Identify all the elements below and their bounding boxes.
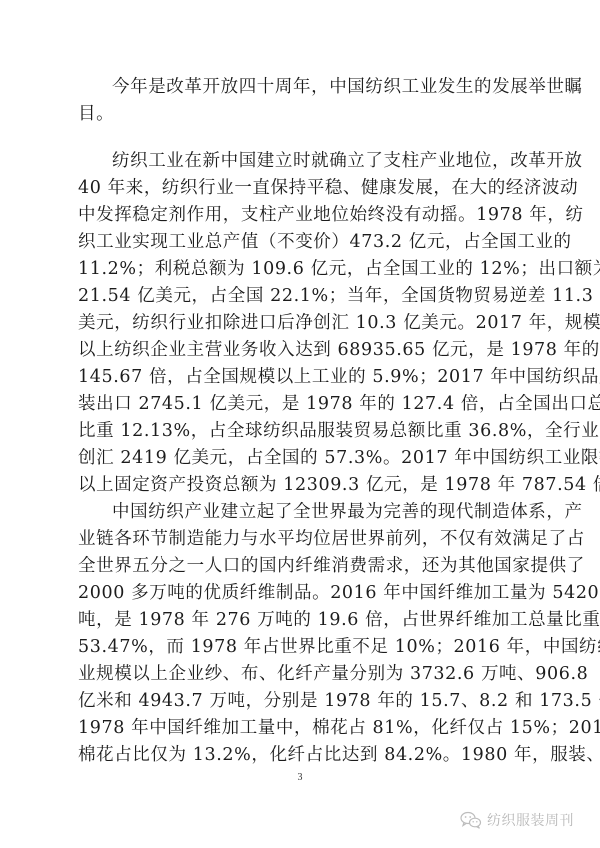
- paragraph-3: 中国纺织产业建立起了全世界最为完善的现代制造体系，产 业链各环节制造能力与水平均…: [78, 499, 522, 769]
- text-line: 亿米和 4943.7 万吨，分别是 1978 年的 15.7、8.2 和 173…: [78, 688, 522, 715]
- watermark: 纺织服装周刊: [460, 808, 574, 832]
- document-page: 今年是改革开放四十周年，中国纺织工业发生的发展举世瞩 目。 纺织工业在新中国建立…: [0, 0, 600, 848]
- text-line: 以上固定资产投资总额为 12309.3 亿元，是 1978 年 787.54 倍…: [78, 472, 522, 499]
- text-line: 美元，纺织行业扣除进口后净创汇 10.3 亿美元。2017 年，规模: [78, 310, 522, 337]
- text-line: 织工业实现工业总产值（不变价）473.2 亿元，占全国工业的: [78, 229, 522, 256]
- wechat-icon: [460, 811, 482, 829]
- text-line: 中发挥稳定剂作用，支柱产业地位始终没有动摇。1978 年，纺: [78, 202, 522, 229]
- text-line: 装出口 2745.1 亿美元，是 1978 年的 127.4 倍，占全国出口总额: [78, 391, 522, 418]
- text-line: 比重 12.13%，占全球纺织品服装贸易总额比重 36.8%，全行业净: [78, 418, 522, 445]
- text-line: 中国纺织产业建立起了全世界最为完善的现代制造体系，产: [78, 499, 522, 526]
- text-line: 纺织工业在新中国建立时就确立了支柱产业地位，改革开放: [78, 148, 522, 175]
- text-line: 业规模以上企业纱、布、化纤产量分别为 3732.6 万吨、906.8: [78, 661, 522, 688]
- text-line: 145.67 倍，占全国规模以上工业的 5.9%；2017 年中国纺织品服: [78, 364, 522, 391]
- text-line: 21.54 亿美元，占全国 22.1%；当年，全国货物贸易逆差 11.3 亿: [78, 283, 522, 310]
- document-body: 今年是改革开放四十周年，中国纺织工业发生的发展举世瞩 目。 纺织工业在新中国建立…: [78, 74, 522, 769]
- paragraph-2: 纺织工业在新中国建立时就确立了支柱产业地位，改革开放 40 年来，纺织行业一直保…: [78, 148, 522, 499]
- text-line: 棉花占比仅为 13.2%，化纤占比达到 84.2%。1980 年，服装、家: [78, 742, 522, 769]
- paragraph-spacer: [78, 128, 522, 148]
- text-line: 以上纺织企业主营业务收入达到 68935.65 亿元，是 1978 年的: [78, 337, 522, 364]
- text-line: 创汇 2419 亿美元，占全国的 57.3%。2017 年中国纺织工业限额: [78, 445, 522, 472]
- text-line: 吨，是 1978 年 276 万吨的 19.6 倍，占世界纤维加工总量比重达: [78, 607, 522, 634]
- text-line: 2000 多万吨的优质纤维制品。2016 年中国纤维加工量为 5420 万: [78, 580, 522, 607]
- text-line: 全世界五分之一人口的国内纤维消费需求，还为其他国家提供了: [78, 553, 522, 580]
- text-line: 1978 年中国纤维加工量中，棉花占 81%，化纤仅占 15%；2016 年，: [78, 715, 522, 742]
- text-line: 目。: [78, 101, 522, 128]
- text-line: 业链各环节制造能力与水平均位居世界前列，不仅有效满足了占: [78, 526, 522, 553]
- watermark-label: 纺织服装周刊: [487, 810, 574, 830]
- text-line: 53.47%，而 1978 年占世界比重不足 10%；2016 年，中国纺织工: [78, 634, 522, 661]
- text-line: 40 年来，纺织行业一直保持平稳、健康发展，在大的经济波动: [78, 175, 522, 202]
- page-number: 3: [292, 772, 308, 783]
- text-line: 今年是改革开放四十周年，中国纺织工业发生的发展举世瞩: [78, 74, 522, 101]
- text-line: 11.2%；利税总额为 109.6 亿元，占全国工业的 12%；出口额为: [78, 256, 522, 283]
- paragraph-1: 今年是改革开放四十周年，中国纺织工业发生的发展举世瞩 目。: [78, 74, 522, 128]
